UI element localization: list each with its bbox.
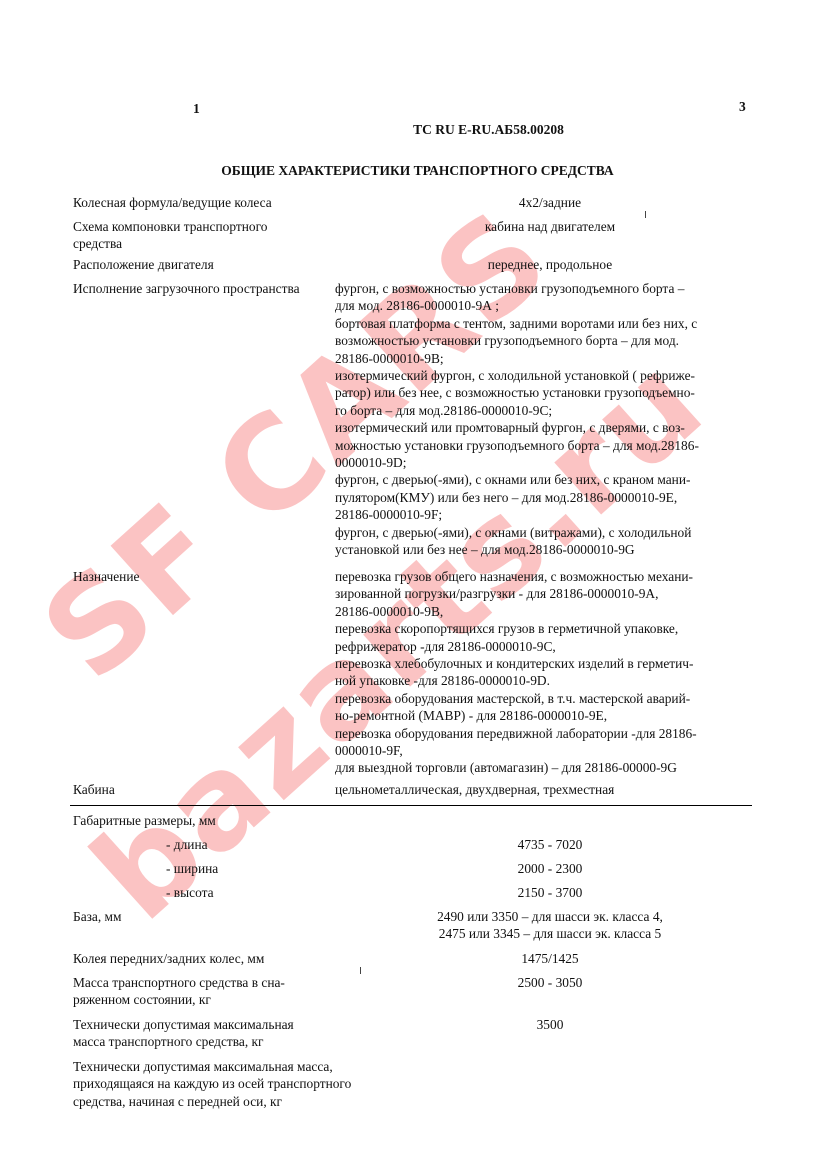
spec-label-line: Масса транспортного средства в сна- (73, 974, 328, 991)
spec-line: фургон, с дверью(-ями), с окнами или без… (335, 471, 755, 488)
spec-line: рефрижератор -для 28186-0000010-9С, (335, 638, 755, 655)
spec-line: перевозка скоропортящихся грузов в герме… (335, 620, 755, 637)
spec-line: фургон, с дверью(-ями), с окнами (витраж… (335, 524, 755, 541)
spec-line: ной упаковке -для 28186-0000010-9D. (335, 672, 755, 689)
spec-line: го борта – для мод.28186-0000010-9С; (335, 402, 755, 419)
spec-line: зированной погрузки/разгрузки - для 2818… (335, 585, 755, 602)
spec-line: фургон, с возможностью установки грузопо… (335, 280, 755, 297)
spec-line: 28186-0000010-9В, (335, 603, 755, 620)
spec-line: установкой или без нее – для мод.28186-0… (335, 541, 755, 558)
spec-value: 2500 - 3050 (335, 974, 765, 991)
spec-label: База, мм (73, 908, 328, 925)
spec-label: Колесная формула/ведущие колеса (73, 194, 328, 211)
section-divider (70, 805, 752, 806)
spec-line: перевозка грузов общего назначения, с во… (335, 568, 755, 585)
spec-line: перевозка оборудования передвижной лабор… (335, 725, 755, 742)
spec-line: возможностью установки грузоподъемного б… (335, 332, 755, 349)
spec-value: 4x2/задние (335, 194, 765, 211)
spec-value: 4735 - 7020 (335, 836, 765, 853)
spec-label: Масса транспортного средства в сна- ряже… (73, 974, 328, 1009)
spec-line: 2490 или 3350 – для шасси эк. класса 4, (335, 908, 765, 925)
text-cursor-mark (360, 967, 361, 974)
spec-value: переднее, продольное (335, 256, 765, 273)
spec-line: изотермический фургон, с холодильной уст… (335, 367, 755, 384)
spec-line: 0000010-9D; (335, 454, 755, 471)
spec-line: изотермический или промтоварный фургон, … (335, 419, 755, 436)
document-code: TC RU E-RU.АБ58.00208 (0, 122, 827, 138)
spec-line: 28186-0000010-9В; (335, 350, 755, 367)
spec-line: для выездной торговли (автомагазин) – дл… (335, 759, 755, 776)
text-cursor-mark (645, 211, 646, 218)
spec-label: Технически допустимая максимальная масса… (73, 1058, 413, 1110)
spec-line: 0000010-9F, (335, 742, 755, 759)
spec-value-list: фургон, с возможностью установки грузопо… (335, 280, 755, 559)
spec-label-line: ряженном состоянии, кг (73, 991, 328, 1008)
spec-label: Расположение двигателя (73, 256, 328, 273)
spec-value: цельнометаллическая, двухдверная, трехме… (335, 781, 755, 798)
spec-value: 1475/1425 (335, 950, 765, 967)
page-number-left: 1 (193, 101, 200, 117)
spec-line: перевозка оборудования мастерской, в т.ч… (335, 690, 755, 707)
document-title: ОБЩИЕ ХАРАКТЕРИСТИКИ ТРАНСПОРТНОГО СРЕДС… (0, 163, 827, 179)
spec-label: Назначение (73, 568, 328, 585)
spec-label: Исполнение загрузочного пространства (73, 280, 318, 297)
spec-label-line: Технически допустимая максимальная масса… (73, 1058, 413, 1075)
spec-label: Габаритные размеры, мм (73, 812, 328, 829)
spec-label-line: средства, начиная с передней оси, кг (73, 1093, 413, 1110)
spec-label: Схема компоновки транспортного средства (73, 218, 313, 253)
spec-value: 2150 - 3700 (335, 884, 765, 901)
spec-line: 2475 или 3345 – для шасси эк. класса 5 (335, 925, 765, 942)
spec-value: 3500 (335, 1016, 765, 1033)
spec-line: бортовая платформа с тентом, задними вор… (335, 315, 755, 332)
spec-label: Кабина (73, 781, 328, 798)
spec-line: перевозка хлебобулочных и кондитерских и… (335, 655, 755, 672)
spec-line: ратор) или без нее, с возможностью устан… (335, 384, 755, 401)
spec-label-line: приходящаяся на каждую из осей транспорт… (73, 1075, 413, 1092)
spec-value-list: перевозка грузов общего назначения, с во… (335, 568, 755, 777)
spec-label: Колея передних/задних колес, мм (73, 950, 328, 967)
spec-value: 2490 или 3350 – для шасси эк. класса 4, … (335, 908, 765, 943)
spec-value: кабина над двигателем (335, 218, 765, 235)
spec-label-line: Технически допустимая максимальная (73, 1016, 328, 1033)
spec-value: 2000 - 2300 (335, 860, 765, 877)
spec-label-line: масса транспортного средства, кг (73, 1033, 328, 1050)
page-number-right: 3 (739, 99, 746, 115)
spec-line: но-ремонтной (МАВР) - для 28186-0000010-… (335, 707, 755, 724)
spec-line: для мод. 28186-0000010-9А ; (335, 297, 755, 314)
spec-label: Технически допустимая максимальная масса… (73, 1016, 328, 1051)
spec-line: можностью установки грузоподъемного борт… (335, 437, 755, 454)
spec-line: пулятором(КМУ) или без него – для мод.28… (335, 489, 755, 506)
spec-line: 28186-0000010-9F; (335, 506, 755, 523)
